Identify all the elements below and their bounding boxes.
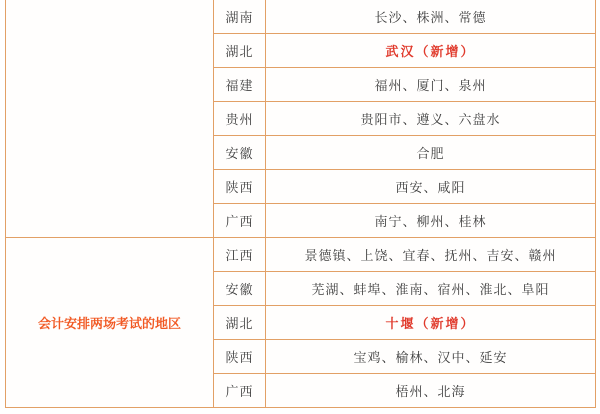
section-label: 会计安排两场考试的地区 [6,238,214,408]
province-cell: 湖北 [214,306,266,340]
province-cell: 湖北 [214,34,266,68]
province-cell: 安徽 [214,136,266,170]
table-row: 会计安排两场考试的地区 江西 景德镇、上饶、宜春、抚州、吉安、赣州 [6,238,596,272]
province-cell: 湖南 [214,0,266,34]
cities-cell-highlight: 十堰（新增） [266,306,596,340]
cities-cell: 贵阳市、遵义、六盘水 [266,102,596,136]
cities-cell: 芜湖、蚌埠、淮南、宿州、淮北、阜阳 [266,272,596,306]
cities-cell: 南宁、柳州、桂林 [266,204,596,238]
section-label [6,0,214,238]
province-cell: 贵州 [214,102,266,136]
cities-cell: 西安、咸阳 [266,170,596,204]
province-cell: 福建 [214,68,266,102]
cities-cell: 梧州、北海 [266,374,596,408]
province-cell: 广西 [214,374,266,408]
exam-regions-table-wrap: 湖南 长沙、株洲、常德 湖北 武汉（新增） 福建 福州、厦门、泉州 贵州 贵阳市… [5,0,596,408]
cities-cell-highlight: 武汉（新增） [266,34,596,68]
cities-cell: 宝鸡、榆林、汉中、延安 [266,340,596,374]
province-cell: 安徽 [214,272,266,306]
province-cell: 陕西 [214,170,266,204]
cities-cell: 福州、厦门、泉州 [266,68,596,102]
table-row: 湖南 长沙、株洲、常德 [6,0,596,34]
province-cell: 江西 [214,238,266,272]
exam-regions-table: 湖南 长沙、株洲、常德 湖北 武汉（新增） 福建 福州、厦门、泉州 贵州 贵阳市… [5,0,596,408]
cities-cell: 合肥 [266,136,596,170]
cities-cell: 长沙、株洲、常德 [266,0,596,34]
province-cell: 广西 [214,204,266,238]
cities-cell: 景德镇、上饶、宜春、抚州、吉安、赣州 [266,238,596,272]
province-cell: 陕西 [214,340,266,374]
